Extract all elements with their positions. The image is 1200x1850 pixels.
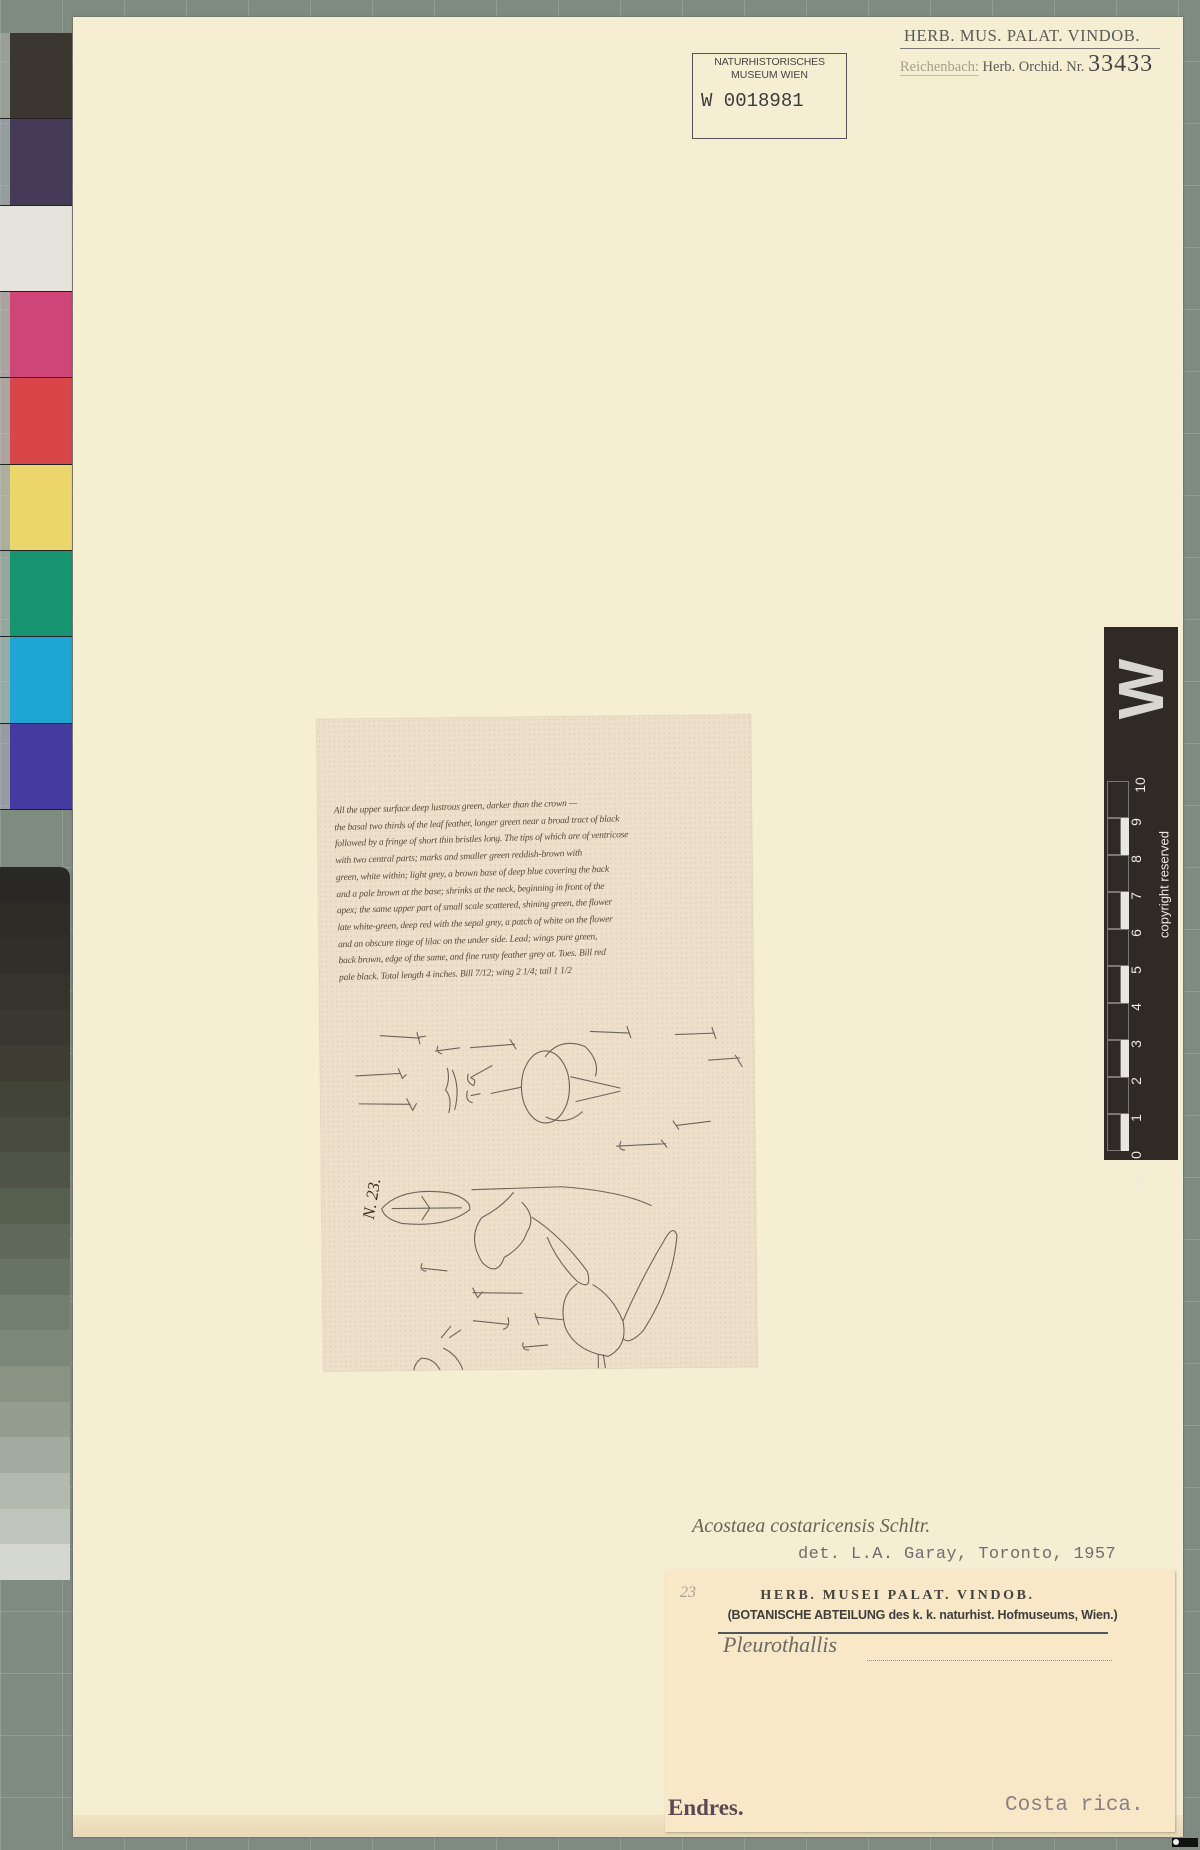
gray-step bbox=[0, 867, 70, 904]
gray-step bbox=[0, 1473, 70, 1510]
ruler-tick-label: 7 bbox=[1128, 892, 1144, 900]
ruler-segment bbox=[1107, 1003, 1129, 1040]
swatch-green bbox=[0, 551, 72, 637]
herbarium-subline: Reichenbach: Herb. Orchid. Nr. 33433 bbox=[900, 51, 1190, 78]
corner-logo-icon bbox=[1172, 1838, 1198, 1847]
gray-step bbox=[0, 1437, 70, 1474]
ruler-segment bbox=[1107, 855, 1129, 892]
swatch-cyan bbox=[0, 637, 72, 723]
accession-number: 33433 bbox=[1088, 51, 1153, 77]
ruler-unit: cm bbox=[1131, 1171, 1147, 1190]
ruler-segment bbox=[1107, 781, 1129, 818]
ruler-tick-label: 6 bbox=[1128, 929, 1144, 937]
ruler-tick-label: 3 bbox=[1128, 1040, 1144, 1048]
herbarium-label: 23 HERB. MUSEI PALAT. VINDOB. (BOTANISCH… bbox=[665, 1570, 1175, 1832]
gray-scale-strip bbox=[0, 867, 70, 1580]
swatch-violet bbox=[0, 119, 72, 205]
stamp-line-1: NATURHISTORISCHES bbox=[693, 56, 846, 68]
swatch-magenta bbox=[0, 292, 72, 378]
genus-name: Pleurothallis bbox=[723, 1632, 837, 1658]
determination-stamp: det. L.A. Garay, Toronto, 1957 bbox=[798, 1545, 1116, 1564]
ruler-tick-label: 1 bbox=[1128, 1114, 1144, 1122]
dotted-line bbox=[867, 1660, 1112, 1661]
ruler-segment bbox=[1107, 966, 1121, 1003]
ruler-segment bbox=[1107, 1114, 1121, 1151]
stamp-line-2: MUSEUM WIEN bbox=[693, 69, 846, 81]
ruler-numbers: 012345678910cm bbox=[1132, 777, 1150, 1157]
ruler-tick-label: 4 bbox=[1128, 1003, 1144, 1011]
flower-sketches-icon bbox=[317, 715, 758, 1372]
collector-name: Endres. bbox=[668, 1795, 744, 1821]
museum-barcode-stamp: NATURHISTORISCHES MUSEUM WIEN W 0018981 bbox=[692, 53, 847, 139]
manuscript-note: All the upper surface deep lustrous gree… bbox=[317, 715, 758, 1372]
w-logo-icon: W bbox=[1104, 654, 1178, 724]
color-checker-strip bbox=[0, 33, 72, 810]
gray-step bbox=[0, 1402, 70, 1439]
ruler-tick-label: 0 bbox=[1128, 1151, 1144, 1159]
label-subheading: (BOTANISCHE ABTEILUNG des k. k. naturhis… bbox=[715, 1608, 1130, 1622]
gray-step bbox=[0, 1224, 70, 1261]
ruler-tick-label: 2 bbox=[1128, 1077, 1144, 1085]
gray-step bbox=[0, 1117, 70, 1154]
collection-sub: Herb. Orchid. Nr. bbox=[979, 59, 1085, 75]
swatch-red bbox=[0, 378, 72, 464]
label-heading: HERB. MUSEI PALAT. VINDOB. bbox=[665, 1588, 1130, 1604]
gray-step bbox=[0, 1544, 70, 1580]
determination-handwritten: Acostaea costaricensis Schltr. bbox=[692, 1515, 930, 1538]
gray-step bbox=[0, 938, 70, 975]
ruler-segment bbox=[1107, 929, 1129, 966]
gray-step bbox=[0, 1188, 70, 1225]
ruler-segment bbox=[1107, 1040, 1121, 1077]
swatch-white bbox=[0, 206, 72, 292]
ruler-segment bbox=[1107, 892, 1121, 929]
copyright-text: copyright reserved bbox=[1157, 775, 1172, 995]
swatch-yellow bbox=[0, 465, 72, 551]
collection-name: Reichenbach: bbox=[900, 59, 979, 76]
gray-step bbox=[0, 1259, 70, 1296]
gray-step bbox=[0, 974, 70, 1011]
gray-step bbox=[0, 903, 70, 940]
gray-step bbox=[0, 1509, 70, 1546]
locality: Costa rica. bbox=[1005, 1794, 1144, 1817]
gray-step bbox=[0, 1330, 70, 1367]
herbarium-title: HERB. MUS. PALAT. VINDOB. bbox=[900, 26, 1160, 49]
swatch-blue bbox=[0, 724, 72, 810]
ruler-segment bbox=[1107, 818, 1121, 855]
gray-step bbox=[0, 1081, 70, 1118]
ruler-tick-label: 5 bbox=[1128, 966, 1144, 974]
gray-step bbox=[0, 1045, 70, 1082]
copyright-notice: copyright reserved bbox=[1154, 777, 1172, 1007]
ruler-tick-label: 9 bbox=[1128, 818, 1144, 826]
scale-bar: W 012345678910cm copyright reserved bbox=[1104, 627, 1178, 1160]
herbarium-header-label: HERB. MUS. PALAT. VINDOB. Reichenbach: H… bbox=[900, 26, 1190, 78]
gray-step bbox=[0, 1152, 70, 1189]
gray-step bbox=[0, 1295, 70, 1332]
gray-step bbox=[0, 1366, 70, 1403]
gray-step bbox=[0, 1010, 70, 1047]
ruler-segment bbox=[1107, 1077, 1129, 1114]
specimen-barcode-number: W 0018981 bbox=[701, 90, 804, 112]
swatch-black bbox=[0, 33, 72, 119]
ruler-tick-label: 8 bbox=[1128, 855, 1144, 863]
ruler-tick-label: 10 bbox=[1132, 777, 1148, 793]
ruler bbox=[1107, 781, 1129, 1151]
